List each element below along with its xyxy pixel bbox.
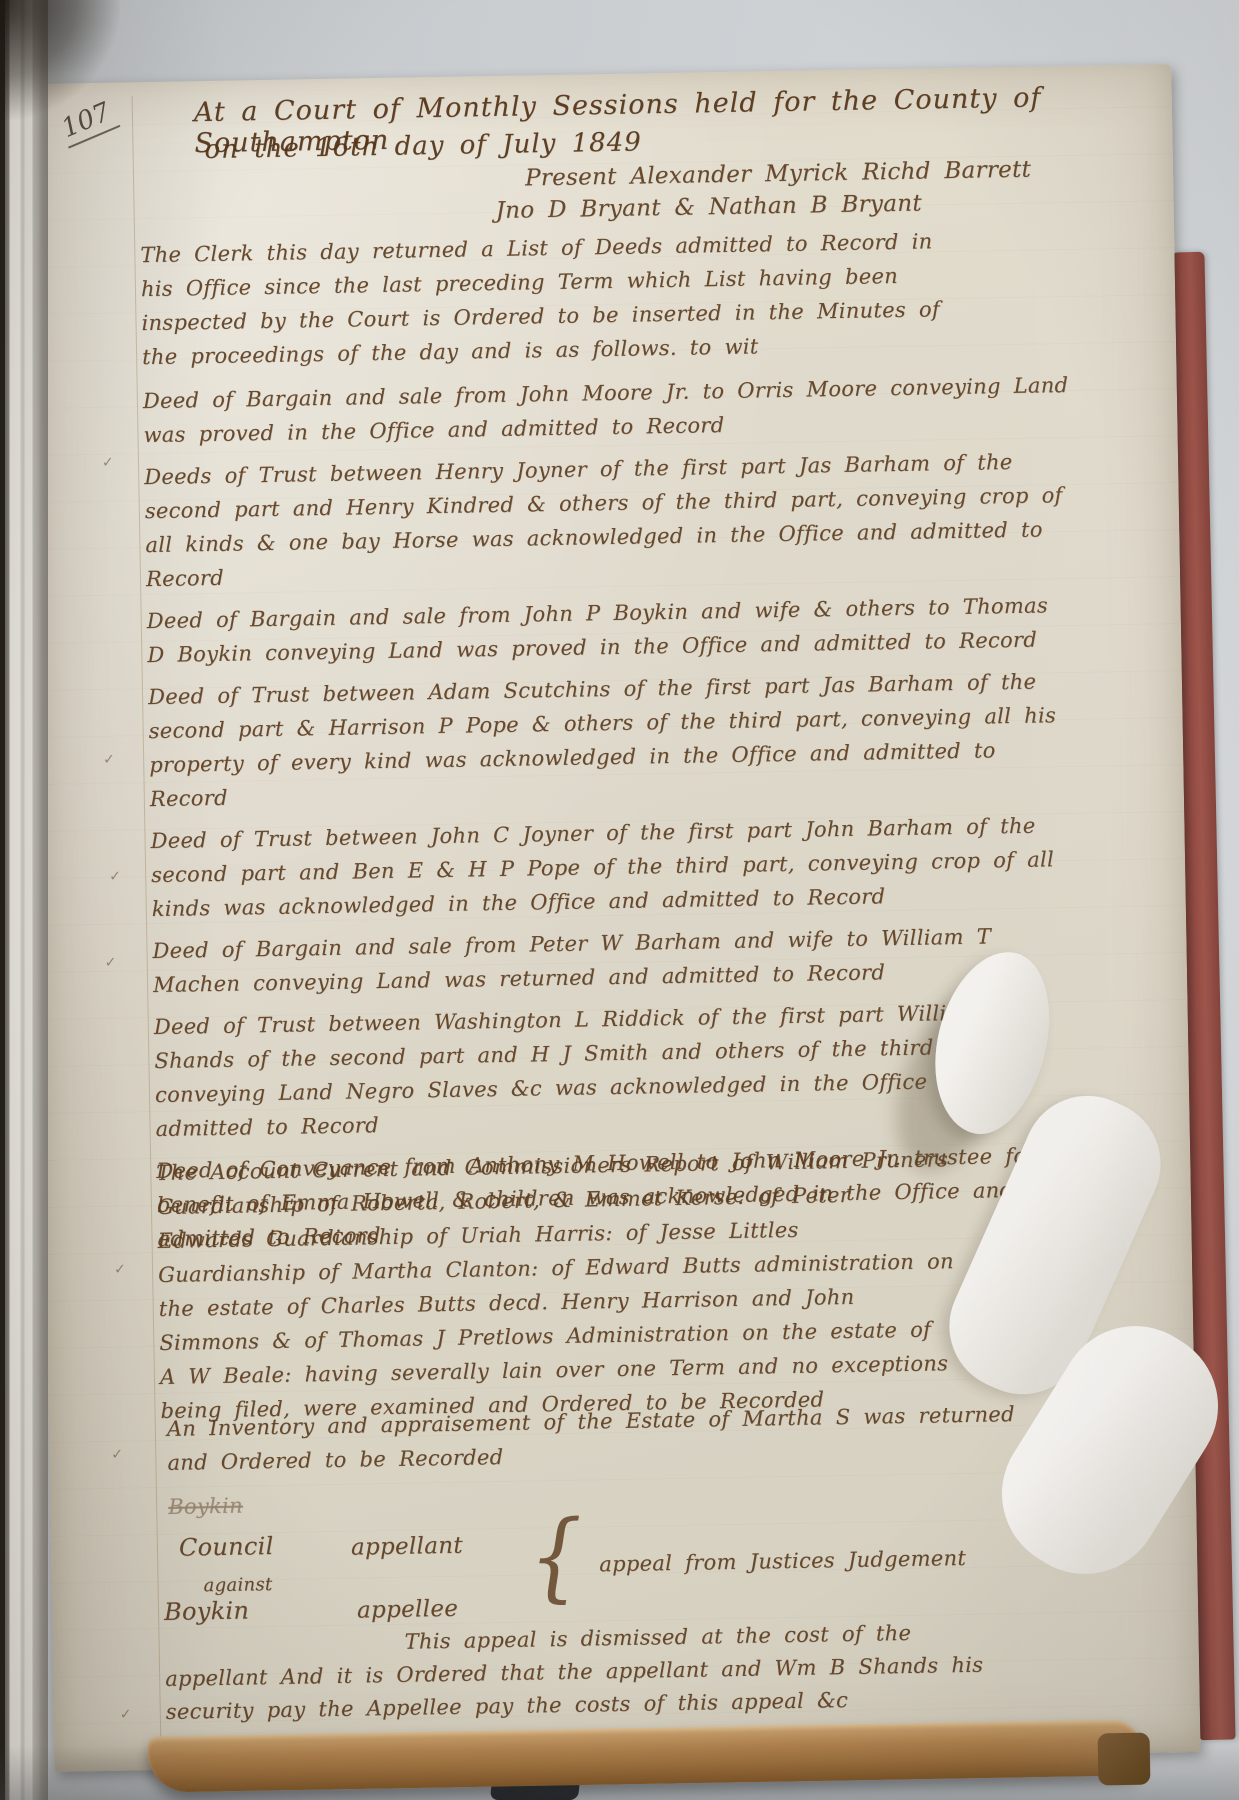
margin-check-mark: ✓ (105, 955, 117, 971)
photo-of-court-minute-book: { "manuscript": { "page_number": "107", … (0, 0, 1239, 1800)
case-brace-mark: { (528, 1499, 583, 1613)
case-defendant-name: Boykin (164, 1596, 250, 1625)
case-versus-label: against (203, 1574, 272, 1596)
margin-check-mark: ✓ (114, 1262, 126, 1278)
wooden-batten-end (1098, 1733, 1151, 1786)
deed-entry: Deed of Trust between Adam Scutchins of … (148, 664, 1080, 816)
justices-present-line1: Present Alexander Myrick Richd Barrett (525, 157, 1031, 192)
margin-check-mark: ✓ (111, 1447, 123, 1463)
clerk-returned-deeds-note: The Clerk this day returned a List of De… (140, 224, 942, 374)
margin-check-mark: ✓ (120, 1707, 132, 1723)
case-plaintiff-name: Council (179, 1532, 274, 1562)
deed-entry: Deed of Bargain and sale from Peter W Ba… (152, 918, 1083, 1002)
photo-corner-shadow (0, 0, 120, 120)
margin-check-mark: ✓ (109, 869, 121, 885)
accounts-report-note: The Account Current and Commissioners Re… (156, 1142, 961, 1428)
struck-out-name: Boykin (168, 1494, 243, 1519)
deed-entry: Deed of Bargain and sale from John P Boy… (146, 588, 1077, 672)
deed-entry: Deed of Trust between John C Joyner of t… (150, 808, 1082, 926)
deed-entry: Deed of Bargain and sale from John Moore… (143, 368, 1074, 452)
case-defendant-role: appellee (357, 1596, 459, 1624)
court-session-heading-line2: on the 16th day of July 1849 (204, 127, 642, 165)
case-plaintiff-role: appellant (351, 1533, 463, 1561)
book-spine-page-edges (0, 0, 48, 1800)
margin-check-mark: ✓ (102, 455, 114, 471)
case-ruling-note: This appeal is dismissed at the cost of … (164, 1616, 986, 1729)
justices-present-line2: Jno D Bryant & Nathan B Bryant (495, 191, 922, 224)
inventory-appraisement-note: An Inventory and appraisement of the Est… (167, 1396, 1068, 1480)
deed-entry: Deeds of Trust between Henry Joyner of t… (144, 444, 1076, 596)
margin-check-mark: ✓ (103, 752, 115, 768)
